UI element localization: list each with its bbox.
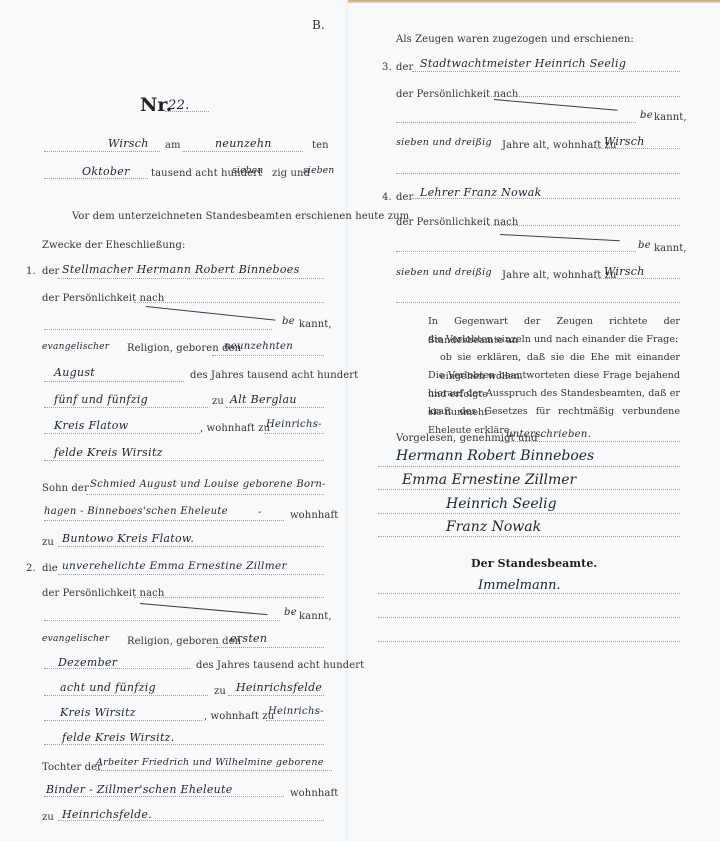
- groom-name: Stellmacher Hermann Robert Binneboes: [62, 263, 300, 276]
- groom-birth-place-cont: Kreis Flatow: [54, 419, 128, 432]
- witness-3-personality-label: der Persönlichkeit nach: [396, 89, 518, 100]
- witness-3-known-prefix: be: [640, 110, 653, 121]
- bride-birth-place: Heinrichsfelde: [236, 681, 322, 694]
- read-value: unterschrieben.: [506, 429, 591, 440]
- groom-parents-cont: hagen - Binneboes'schen Eheleute: [44, 506, 228, 517]
- signature-witness-4: Franz Nowak: [446, 519, 541, 535]
- rule: [378, 617, 680, 618]
- bride-index: 2.: [26, 563, 36, 574]
- groom-known-label: kannt,: [299, 319, 332, 330]
- groom-birth-place: Alt Berglau: [230, 393, 297, 406]
- bride-year-label: des Jahres tausend acht hundert: [196, 660, 364, 671]
- place-value: Wirsch: [108, 137, 149, 150]
- groom-parents-zu: zu: [42, 537, 54, 548]
- rule: [58, 546, 324, 547]
- year-units: sieben: [303, 166, 335, 176]
- rule: [44, 620, 280, 621]
- declaration-line-2: die Verlobten einzeln und nach einander …: [428, 331, 680, 350]
- rule: [412, 71, 680, 72]
- rule: [396, 173, 680, 174]
- bride-article: die: [42, 563, 58, 574]
- groom-birth-month: August: [54, 366, 95, 379]
- year-tens: sieben: [232, 166, 264, 176]
- groom-parents-residence-label: wohnhaft: [290, 510, 338, 521]
- groom-residence-cont: felde Kreis Wirsitz: [54, 446, 163, 459]
- groom-birth-day: neunzehnten: [224, 341, 293, 352]
- rule: [44, 381, 184, 382]
- witness-3-article: der: [396, 62, 413, 73]
- bride-residence: Heinrichs-: [268, 706, 324, 717]
- witness-4-age-label: Jahre alt, wohnhaft zu: [502, 270, 617, 281]
- bride-birth-year: acht und fünfzig: [60, 681, 156, 694]
- rule: [228, 695, 324, 696]
- rule: [44, 329, 272, 330]
- rule: [216, 647, 324, 648]
- am-label: am: [165, 140, 181, 151]
- rule: [396, 122, 636, 123]
- groom-parents-residence: Buntowo Kreis Flatow.: [62, 532, 194, 545]
- bride-parents-label: Tochter der: [42, 762, 102, 773]
- form-letter: B.: [312, 18, 325, 32]
- bride-residence-cont: felde Kreis Wirsitz.: [62, 731, 175, 744]
- witness-4-residence: Wirsch: [604, 265, 645, 278]
- bride-parents-residence-label: wohnhaft: [290, 788, 338, 799]
- witness-4-personality-label: der Persönlichkeit nach: [396, 217, 518, 228]
- groom-religion: evangelischer: [42, 342, 109, 352]
- bride-birth-place-cont: Kreis Wirsitz: [60, 706, 136, 719]
- witness-4-name: Lehrer Franz Nowak: [420, 186, 542, 199]
- rule: [596, 278, 680, 279]
- bride-parents-cont: Binder - Zillmer'schen Eheleute: [46, 783, 233, 796]
- rule: [488, 225, 680, 226]
- bride-religion-label: Religion, geboren den: [127, 636, 241, 647]
- bride-name: unverehelichte Emma Ernestine Zillmer: [62, 560, 287, 572]
- registrar-signature: Immelmann.: [478, 578, 561, 593]
- witness-3-age-label: Jahre alt, wohnhaft zu: [502, 140, 617, 151]
- signature-bride: Emma Ernestine Zillmer: [402, 472, 576, 488]
- rule: [500, 441, 680, 442]
- ten-label: ten: [312, 140, 329, 151]
- rule: [378, 641, 680, 642]
- groom-parents-label: Sohn der: [42, 483, 89, 494]
- groom-parents: Schmied August und Louise geborene Born-: [90, 479, 326, 490]
- bride-religion: evangelischer: [42, 634, 109, 644]
- rule: [165, 111, 209, 112]
- rule: [44, 796, 284, 797]
- day-value: neunzehn: [215, 137, 272, 150]
- page-edge: [348, 0, 720, 3]
- rule: [378, 513, 680, 514]
- signature-witness-3: Heinrich Seelig: [446, 496, 557, 512]
- witness-4-known-label: kannt,: [654, 243, 687, 254]
- witness-3-index: 3.: [382, 62, 392, 73]
- rule: [378, 536, 680, 537]
- rule: [264, 433, 324, 434]
- rule: [226, 407, 324, 408]
- rule: [44, 720, 202, 721]
- witness-4-index: 4.: [382, 192, 392, 203]
- rule: [488, 96, 680, 97]
- rule: [396, 251, 636, 252]
- rule: [44, 151, 160, 152]
- bride-birth-month: Dezember: [58, 656, 117, 669]
- rule: [266, 720, 324, 721]
- rule: [44, 178, 148, 179]
- rule: [86, 494, 324, 495]
- month-value: Oktober: [82, 165, 130, 178]
- bride-known-label: kannt,: [299, 611, 332, 622]
- rule: [44, 433, 200, 434]
- bride-residence-label: , wohnhaft zu: [204, 711, 274, 722]
- signature-groom: Hermann Robert Binneboes: [396, 448, 594, 464]
- rule: [44, 407, 208, 408]
- rule: [212, 355, 324, 356]
- witness-3-age: sieben und dreißig: [396, 137, 492, 148]
- rule: [134, 597, 324, 598]
- rule: [58, 574, 324, 575]
- groom-index: 1.: [26, 266, 36, 277]
- rule: [378, 466, 680, 467]
- rule: [44, 520, 284, 521]
- groom-birth-year: fünf und fünfzig: [54, 393, 148, 406]
- bride-parents-residence: Heinrichsfelde.: [62, 808, 152, 821]
- bride-parents: Arbeiter Friedrich und Wilhelmine gebore…: [96, 757, 324, 768]
- rule: [44, 460, 324, 461]
- witness-4-known-prefix: be: [638, 240, 651, 251]
- rule: [134, 302, 324, 303]
- witness-4-age: sieben und dreißig: [396, 267, 492, 278]
- rule: [58, 278, 324, 279]
- intro-line-1: Vor dem unterzeichneten Standesbeamten e…: [72, 211, 409, 222]
- groom-residence-label: , wohnhaft zu: [200, 423, 270, 434]
- bride-zu-label: zu: [214, 686, 226, 697]
- bride-known-prefix: be: [284, 607, 297, 618]
- rule: [378, 593, 680, 594]
- witness-3-known-label: kannt,: [654, 112, 687, 123]
- registrar-heading: Der Standesbeamte.: [471, 557, 597, 570]
- groom-parents-dash: -: [258, 507, 261, 518]
- witnesses-heading: Als Zeugen waren zugezogen und erschiene…: [396, 34, 634, 45]
- rule: [596, 148, 680, 149]
- rule: [44, 695, 208, 696]
- rule: [183, 151, 303, 152]
- witness-3-residence: Wirsch: [604, 135, 645, 148]
- bride-birth-day: ersten: [230, 632, 267, 645]
- rule: [378, 489, 680, 490]
- groom-article: der: [42, 266, 59, 277]
- rule: [44, 744, 324, 745]
- groom-zu-label: zu: [212, 396, 224, 407]
- groom-known-prefix: be: [282, 316, 295, 327]
- intro-line-2: Zwecke der Eheschließung:: [42, 240, 185, 251]
- witness-3-name: Stadtwachtmeister Heinrich Seelig: [420, 57, 626, 70]
- groom-year-label: des Jahres tausend acht hundert: [190, 370, 358, 381]
- groom-residence: Heinrichs-: [266, 419, 322, 430]
- bride-parents-zu: zu: [42, 812, 54, 823]
- witness-4-article: der: [396, 192, 413, 203]
- rule: [396, 302, 680, 303]
- rule: [96, 770, 332, 771]
